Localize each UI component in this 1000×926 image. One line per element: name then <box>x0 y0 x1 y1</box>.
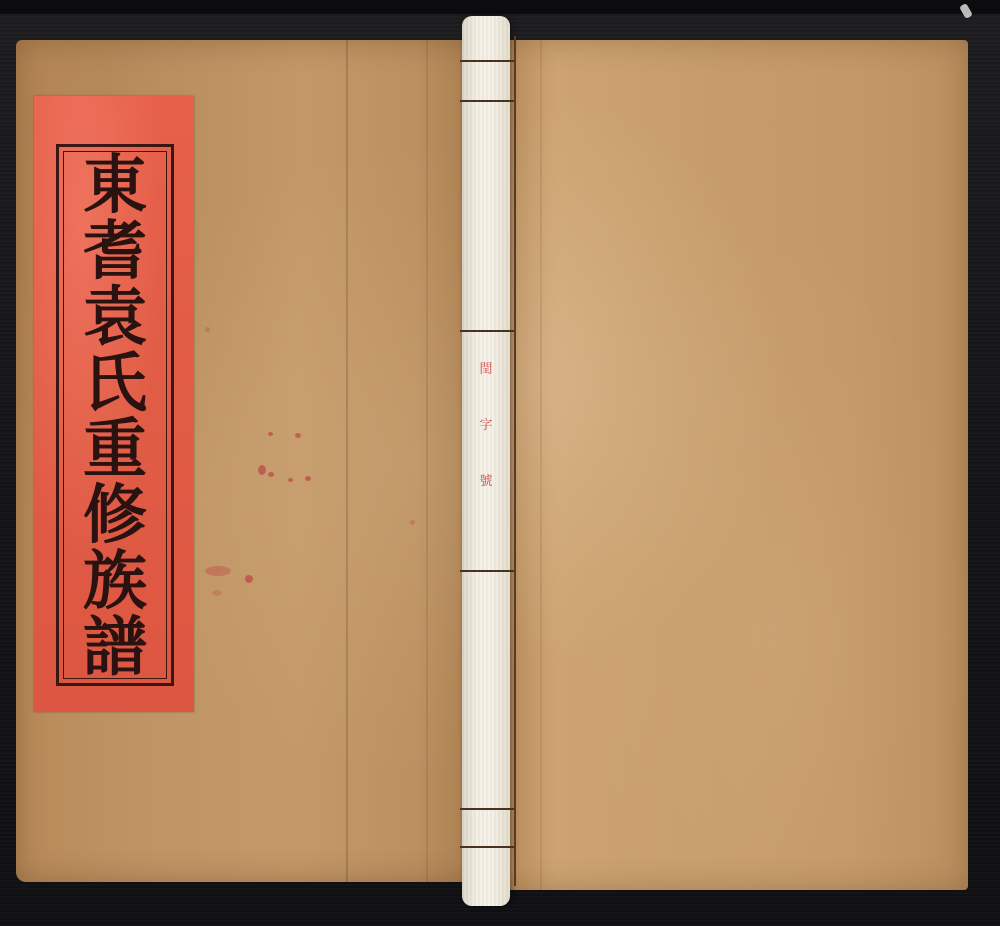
title-char: 修 <box>83 483 147 549</box>
title-frame: 東 耆 袁 氏 重 修 族 譜 <box>56 144 174 686</box>
binding-thread <box>460 570 514 572</box>
cover-crease <box>426 40 428 882</box>
title-char: 袁 <box>83 285 147 351</box>
stray-mark <box>959 3 973 19</box>
title-char: 氏 <box>83 351 147 417</box>
title-char: 族 <box>83 549 147 615</box>
cover-crease <box>540 40 542 890</box>
spine-stamp: 字 <box>462 414 510 433</box>
binding-thread <box>460 100 514 102</box>
binding-thread <box>514 36 516 886</box>
binding-thread <box>460 330 514 332</box>
binding-thread <box>460 808 514 810</box>
spine-stamp: 號 <box>462 470 510 489</box>
title-char: 耆 <box>83 219 147 285</box>
book-spine: 閏 字 號 <box>462 16 510 906</box>
title-slip: 東 耆 袁 氏 重 修 族 譜 <box>34 96 194 712</box>
title-char: 重 <box>83 417 147 483</box>
book-title: 東 耆 袁 氏 重 修 族 譜 <box>59 153 171 681</box>
cover-crease <box>346 40 348 882</box>
title-char: 譜 <box>83 615 147 681</box>
binding-thread <box>460 60 514 62</box>
front-cover <box>500 40 968 890</box>
thread-bound-book: 東 耆 袁 氏 重 修 族 譜 閏 字 號 <box>0 0 1000 926</box>
binding-thread <box>460 846 514 848</box>
spine-stamp: 閏 <box>462 358 510 377</box>
title-char: 東 <box>83 153 147 219</box>
